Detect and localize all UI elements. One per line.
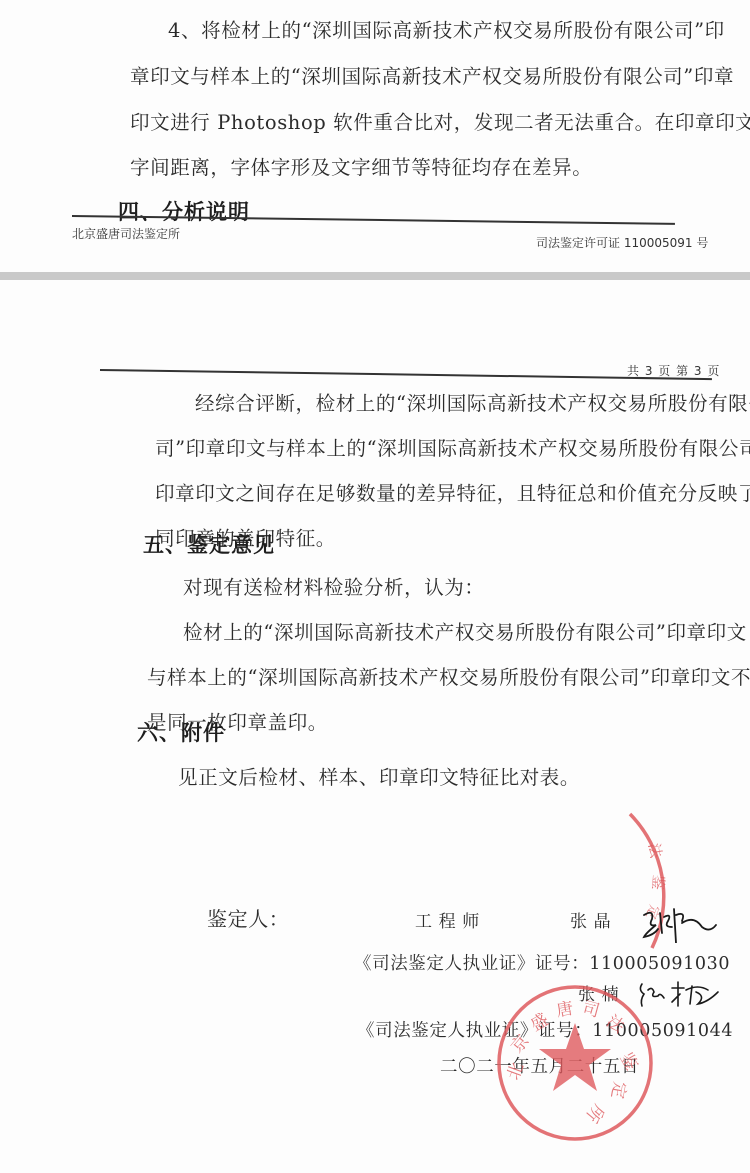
opinion-line-1: 检材上的“深圳国际高新技术产权交易所股份有限公司”印章印文 xyxy=(183,617,747,645)
analysis-line-2: 司”印章印文与样本上的“深圳国际高新技术产权交易所股份有限公司” xyxy=(155,433,750,461)
page-indicator: 共 3 页 第 3 页 xyxy=(627,362,720,379)
partial-stamp-char-2: 鉴 xyxy=(647,874,669,891)
examiner-label: 鉴定人： xyxy=(207,903,289,932)
opinion-intro: 对现有送检材料检验分析，认为： xyxy=(183,572,485,600)
page-separator xyxy=(0,272,750,280)
footer-license: 司法鉴定许可证 110005091 号 xyxy=(536,234,708,251)
page-2-fragment: 4、将检材上的“深圳国际高新技术产权交易所股份有限公司”印 章印文与样本上的“深… xyxy=(0,0,750,272)
examiner-1-cert: 《司法鉴定人执业证》证号：110005091030 xyxy=(354,950,730,975)
examiner-1-name: 张 晶 xyxy=(570,907,611,932)
paragraph-4-line-3: 印文进行 Photoshop 软件重合比对，发现二者无法重合。在印章印文的 xyxy=(130,107,750,135)
paragraph-4-line-4: 字间距离，字体字形及文字细节等特征均存在差异。 xyxy=(130,152,592,180)
examiner-1-title: 工 程 师 xyxy=(415,907,480,932)
examiner-2-signature xyxy=(636,978,720,1010)
report-date: 二〇二一年五月二十五日 xyxy=(440,1053,639,1078)
attachment-text: 见正文后检材、样本、印章印文特征比对表。 xyxy=(178,762,580,790)
section-5-heading: 五、鉴定意见 xyxy=(143,529,275,559)
section-4-heading: 四、分析说明 xyxy=(118,196,250,226)
paragraph-4-line-1: 4、将检材上的“深圳国际高新技术产权交易所股份有限公司”印 xyxy=(168,15,725,43)
footer-institution: 北京盛唐司法鉴定所 xyxy=(72,225,180,242)
section-6-heading: 六、附件 xyxy=(137,717,225,747)
opinion-line-2: 与样本上的“深圳国际高新技术产权交易所股份有限公司”印章印文不 xyxy=(147,662,750,690)
paragraph-4-line-2: 章印文与样本上的“深圳国际高新技术产权交易所股份有限公司”印章 xyxy=(130,61,734,89)
analysis-line-1: 经综合评断，检材上的“深圳国际高新技术产权交易所股份有限公 xyxy=(195,388,750,416)
analysis-line-3: 印章印文之间存在足够数量的差异特征，且特征总和价值充分反映了不 xyxy=(155,478,750,506)
examiner-1-signature xyxy=(640,903,720,943)
